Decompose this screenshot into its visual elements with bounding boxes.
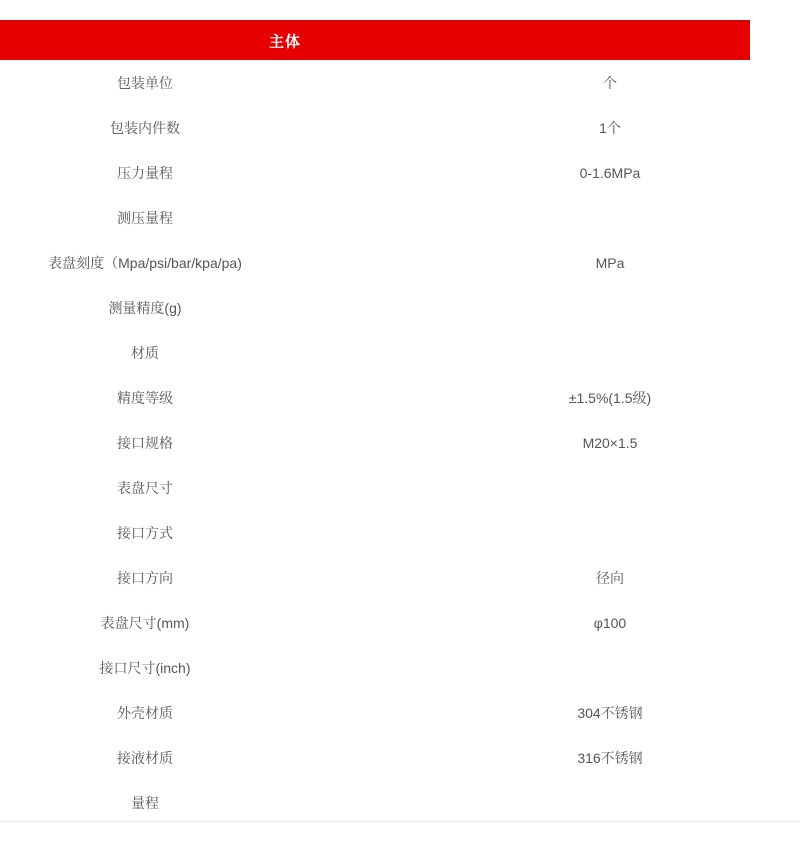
spec-table-row: 外壳材质 304不锈钢 [0, 690, 750, 735]
spec-column-gap [290, 735, 470, 780]
spec-column-gap [290, 285, 470, 330]
spec-table-row: 包装单位 个 [0, 60, 750, 105]
spec-column-gap [290, 600, 470, 645]
spec-table-row: 接液材质 316不锈钢 [0, 735, 750, 780]
spec-attribute-name: 包装内件数 [0, 118, 290, 138]
spec-column-gap [290, 555, 470, 600]
spec-attribute-value: 个 [470, 73, 750, 93]
spec-attribute-name: 测压量程 [0, 208, 290, 228]
spec-attribute-name: 包装单位 [0, 73, 290, 93]
spec-table: 包装单位 个 包装内件数 1个 压力量程 0-1.6MPa 测压量程 表盘刻度（… [0, 60, 750, 825]
spec-column-gap [290, 150, 470, 195]
spec-column-gap [290, 690, 470, 735]
spec-attribute-name: 表盘尺寸(mm) [0, 613, 290, 633]
spec-column-gap [290, 780, 470, 825]
spec-attribute-name: 外壳材质 [0, 703, 290, 723]
spec-column-gap [290, 240, 470, 285]
spec-attribute-value: 0-1.6MPa [470, 165, 750, 181]
product-spec-page: 主体 包装单位 个 包装内件数 1个 压力量程 0-1.6MPa 测压量程 表盘… [0, 0, 800, 846]
spec-attribute-name: 材质 [0, 343, 290, 363]
spec-attribute-name: 量程 [0, 793, 290, 813]
spec-column-gap [290, 420, 470, 465]
spec-table-row: 接口规格 M20×1.5 [0, 420, 750, 465]
spec-column-gap [290, 375, 470, 420]
spec-section-header: 主体 [0, 20, 750, 60]
spec-table-row: 表盘刻度（Mpa/psi/bar/kpa/pa) MPa [0, 240, 750, 285]
spec-column-gap [290, 60, 470, 105]
spec-column-gap [290, 465, 470, 510]
spec-table-row: 材质 [0, 330, 750, 375]
spec-table-row: 压力量程 0-1.6MPa [0, 150, 750, 195]
spec-table-row: 表盘尺寸 [0, 465, 750, 510]
spec-table-row: 精度等级 ±1.5%(1.5级) [0, 375, 750, 420]
spec-attribute-value: φ100 [470, 615, 750, 631]
spec-table-row: 接口尺寸(inch) [0, 645, 750, 690]
spec-table-row: 接口方式 [0, 510, 750, 555]
spec-table-row: 接口方向 径向 [0, 555, 750, 600]
spec-attribute-name: 接口尺寸(inch) [0, 658, 290, 678]
spec-table-row: 量程 [0, 780, 750, 825]
spec-attribute-value: 316不锈钢 [470, 748, 750, 768]
spec-attribute-value: 304不锈钢 [470, 703, 750, 723]
spec-attribute-name: 接口规格 [0, 433, 290, 453]
spec-column-gap [290, 195, 470, 240]
spec-attribute-name: 精度等级 [0, 388, 290, 408]
spec-attribute-name: 表盘尺寸 [0, 478, 290, 498]
spec-attribute-value: 径向 [470, 568, 750, 588]
spec-attribute-value: MPa [470, 255, 750, 271]
spec-section-title: 主体 [269, 31, 301, 52]
spec-table-row: 包装内件数 1个 [0, 105, 750, 150]
spec-attribute-value: 1个 [470, 118, 750, 138]
bottom-divider [0, 821, 800, 822]
spec-table-row: 测压量程 [0, 195, 750, 240]
spec-attribute-name: 接液材质 [0, 748, 290, 768]
spec-column-gap [290, 330, 470, 375]
spec-attribute-name: 压力量程 [0, 163, 290, 183]
spec-column-gap [290, 105, 470, 150]
spec-table-row: 表盘尺寸(mm) φ100 [0, 600, 750, 645]
spec-attribute-value: M20×1.5 [470, 435, 750, 451]
spec-attribute-name: 测量精度(g) [0, 298, 290, 318]
spec-attribute-value: ±1.5%(1.5级) [470, 388, 750, 408]
spec-column-gap [290, 645, 470, 690]
spec-attribute-name: 表盘刻度（Mpa/psi/bar/kpa/pa) [0, 253, 290, 273]
spec-table-row: 测量精度(g) [0, 285, 750, 330]
spec-attribute-name: 接口方向 [0, 568, 290, 588]
spec-column-gap [290, 510, 470, 555]
spec-attribute-name: 接口方式 [0, 523, 290, 543]
